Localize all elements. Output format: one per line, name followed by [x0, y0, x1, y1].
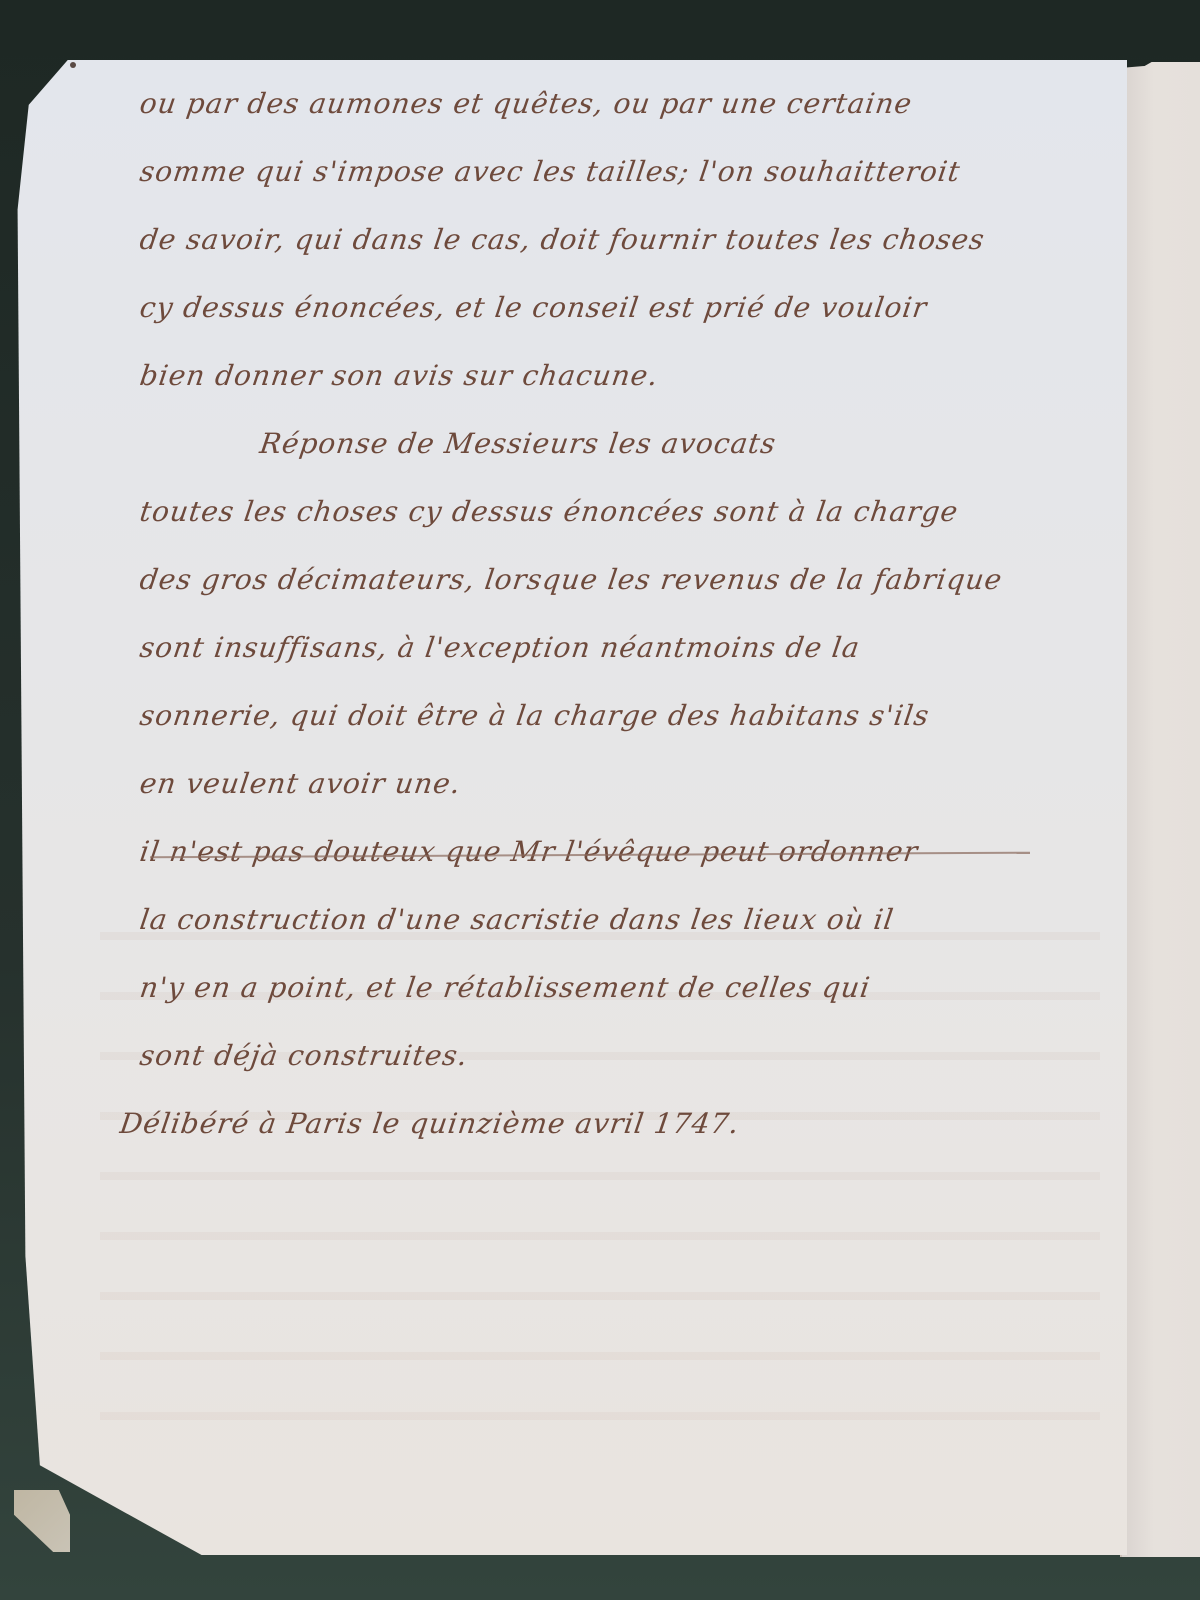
text-line: somme qui s'impose avec les tailles; l'o… — [135, 138, 1125, 206]
response-line: en veulent avoir une. — [135, 750, 1125, 818]
ink-spot — [70, 62, 76, 68]
adjacent-page — [1120, 62, 1200, 1557]
response-line: des gros décimateurs, lorsque les revenu… — [135, 546, 1125, 614]
response-line: sont déjà construites. — [135, 1022, 1125, 1090]
response-line: n'y en a point, et le rétablissement de … — [135, 954, 1125, 1022]
text-line: de savoir, qui dans le cas, doit fournir… — [135, 206, 1125, 274]
response-line: sont insuffisans, à l'exception néantmoi… — [135, 614, 1125, 682]
text-line: cy dessus énoncées, et le conseil est pr… — [135, 274, 1125, 342]
manuscript-text: ou par des aumones et quêtes, ou par une… — [140, 70, 1120, 1158]
response-heading: Réponse de Messieurs les avocats — [135, 410, 1125, 478]
text-line: bien donner son avis sur chacune. — [135, 342, 1125, 410]
closing-date-line: Délibéré à Paris le quinzième avril 1747… — [115, 1090, 1125, 1158]
response-line: sonnerie, qui doit être à la charge des … — [135, 682, 1125, 750]
response-line: la construction d'une sacristie dans les… — [135, 886, 1125, 954]
response-line: toutes les choses cy dessus énoncées son… — [135, 478, 1125, 546]
text-line: ou par des aumones et quêtes, ou par une… — [135, 70, 1125, 138]
